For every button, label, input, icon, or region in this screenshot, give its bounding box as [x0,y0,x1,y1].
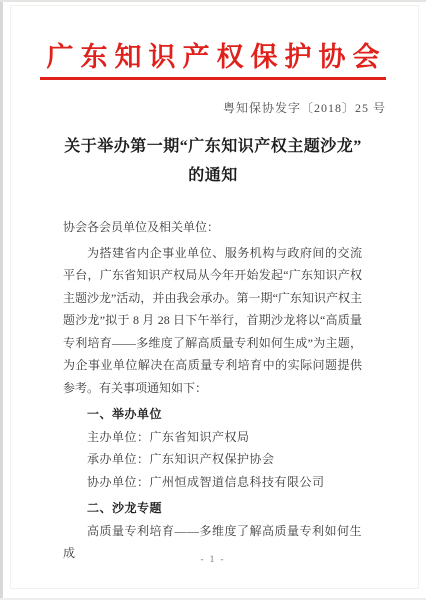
letterhead-double-rule [40,77,386,80]
document-page: 广东知识产权保护协会 粤知保协发字〔2018〕25 号 关于举办第一期“广东知识… [0,0,426,600]
doc-number: 粤知保协发字〔2018〕25 号 [0,99,426,116]
host-unit-line: 主办单位：广东省知识产权局 [63,426,362,449]
scan-edge-left [0,0,3,600]
organizer-unit-line: 承办单位：广东知识产权保护协会 [63,448,362,471]
document-body: 协会各会员单位及相关单位： 为搭建省内企事业单位、服务机构与政府间的交流平台，广… [63,216,362,565]
section1-heading: 一、举办单位 [63,403,362,426]
co-organizer-unit-line: 协办单位：广州恒成智道信息科技有限公司 [63,471,362,494]
document-title: 关于举办第一期“广东知识产权主题沙龙” 的通知 [28,132,398,190]
page-number: - 1 - [0,554,426,564]
salutation: 协会各会员单位及相关单位： [63,216,362,239]
document-title-line1: 关于举办第一期“广东知识产权主题沙龙” [64,138,362,155]
letterhead-org-name: 广东知识产权保护协会 [0,40,426,74]
section2-heading: 二、沙龙专题 [63,497,362,520]
scan-edge-top [0,0,426,2]
intro-paragraph: 为搭建省内企事业单位、服务机构与政府间的交流平台，广东省知识产权局从今年开始发起… [63,242,362,400]
document-title-line2: 的通知 [188,167,238,184]
